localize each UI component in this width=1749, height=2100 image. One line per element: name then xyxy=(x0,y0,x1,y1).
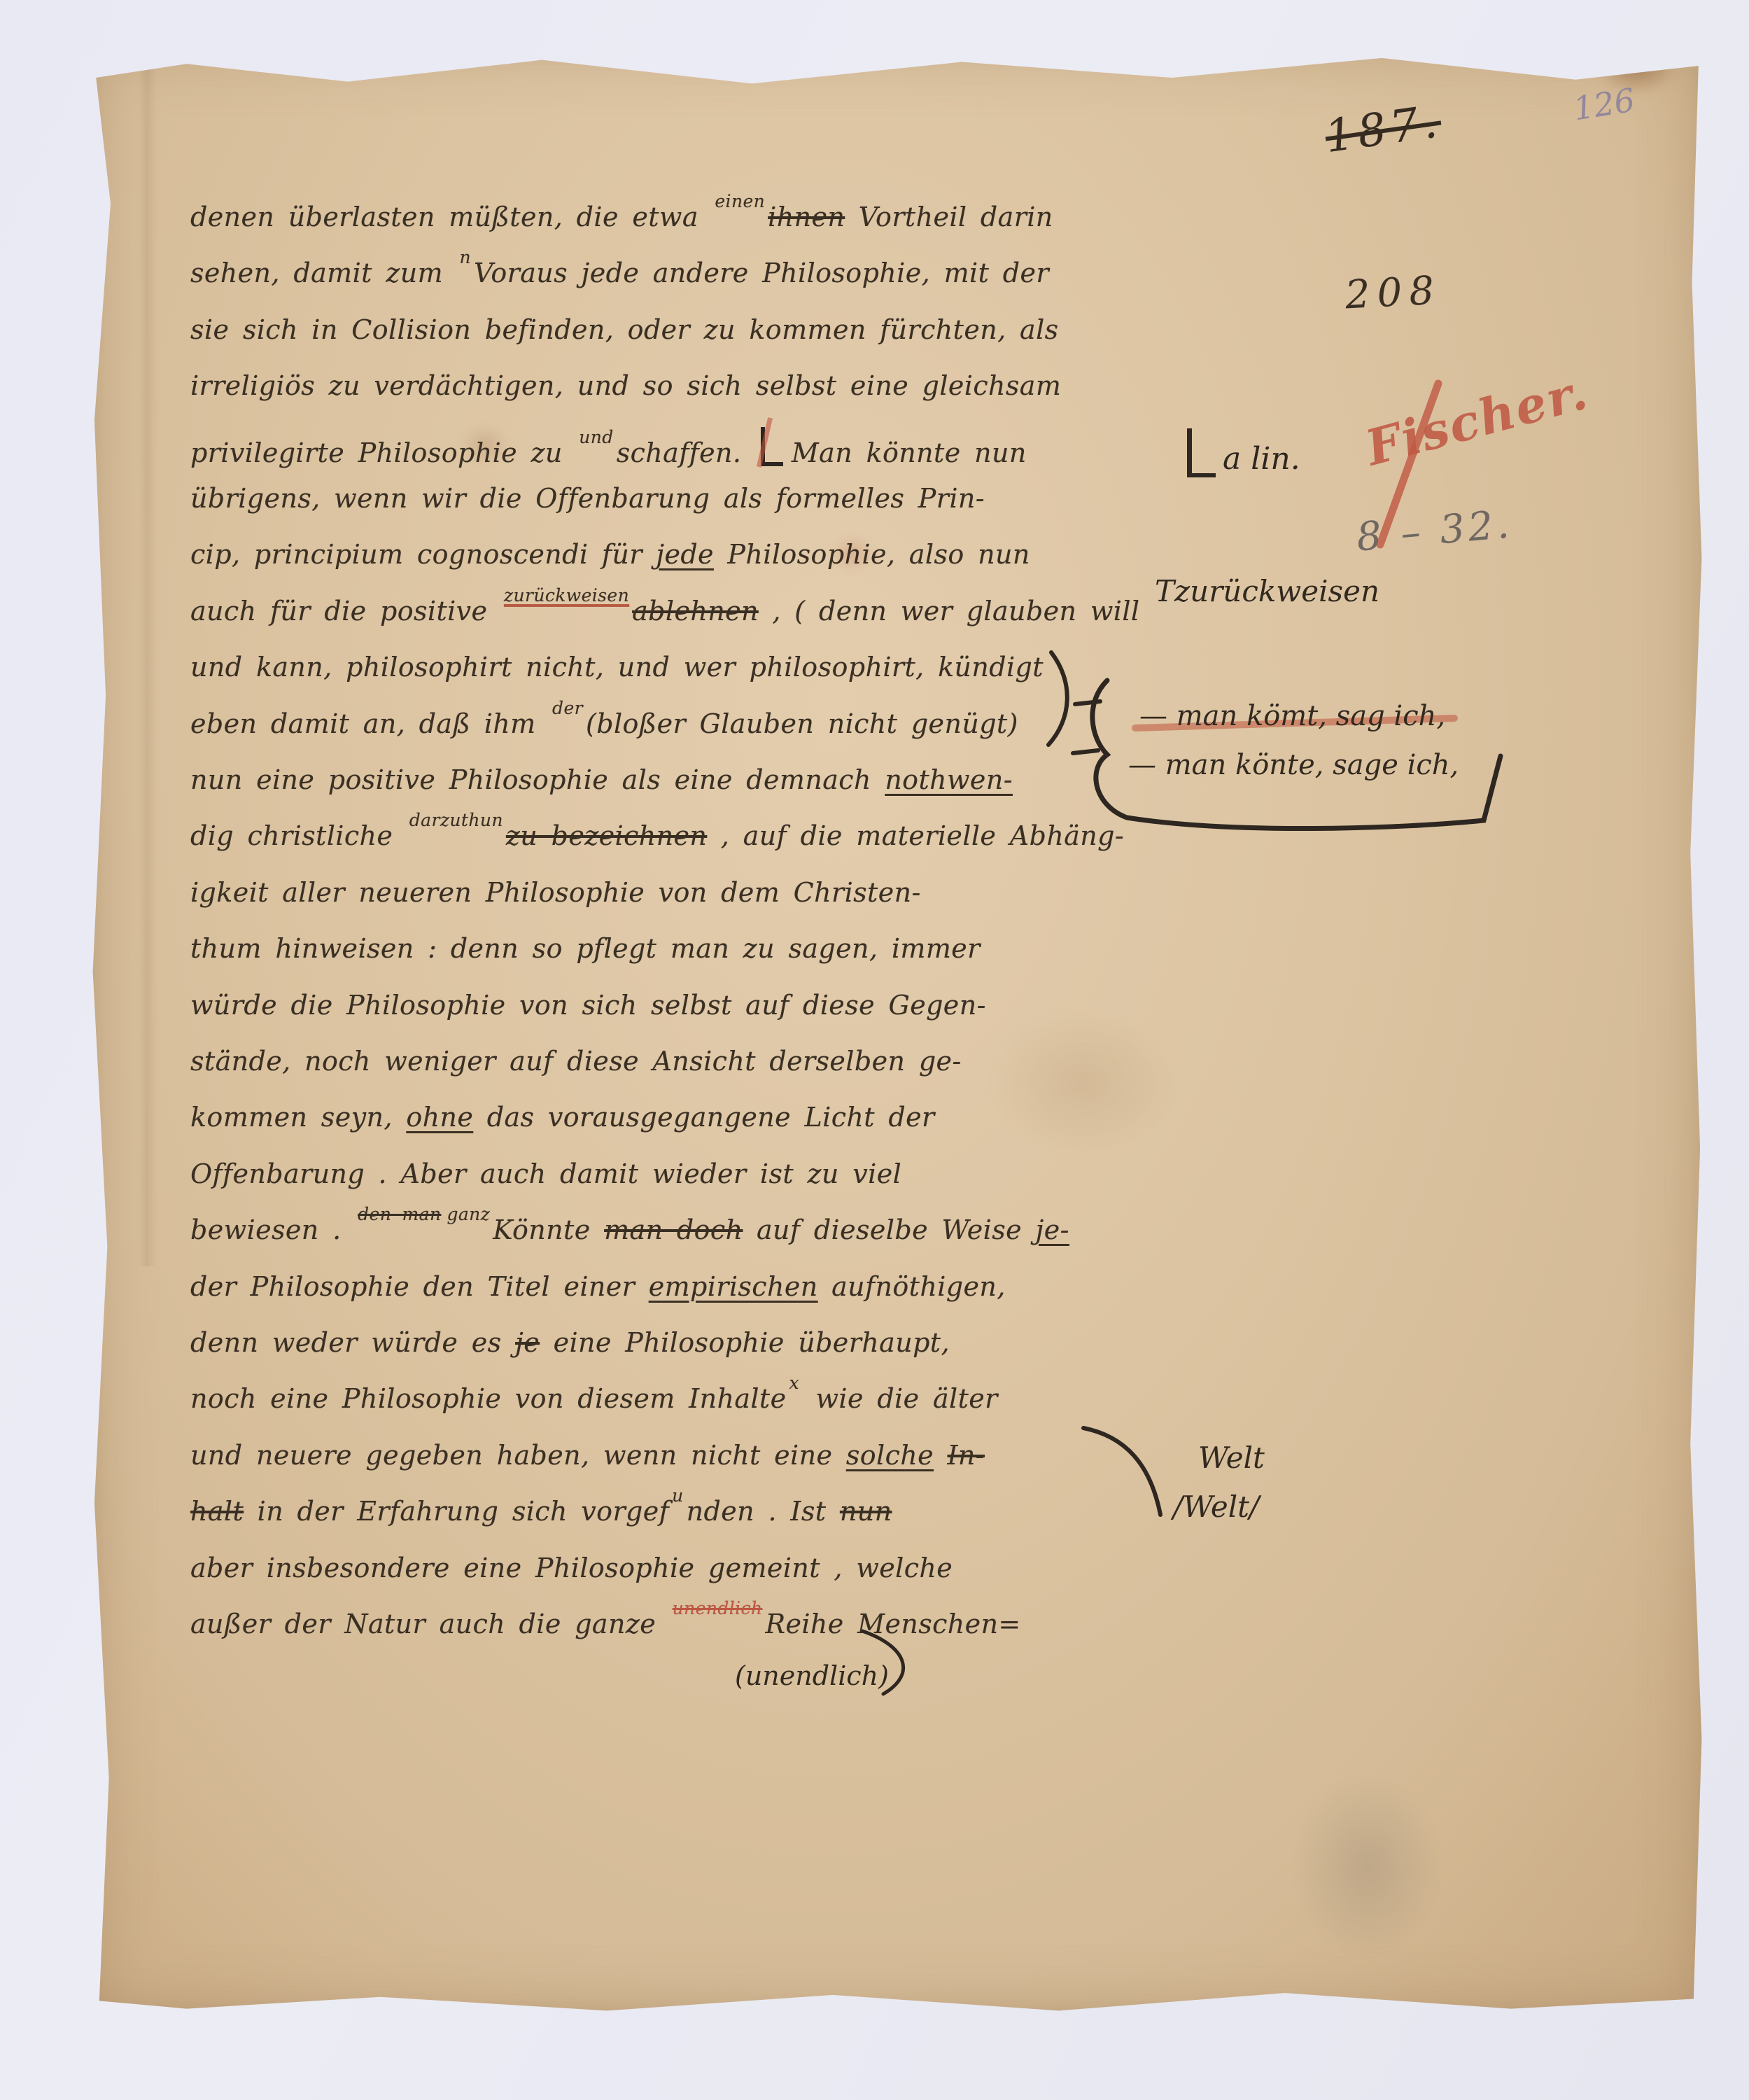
manuscript-line: cip, principium cognoscendi für jede Phi… xyxy=(190,539,1030,570)
manuscript-line: Offenbarung . Aber auch damit wieder ist… xyxy=(190,1158,901,1189)
text-segment: je- xyxy=(1036,1214,1069,1245)
manuscript-line: thum hinweisen : denn so pflegt man zu s… xyxy=(190,933,981,964)
manuscript-line: irreligiös zu verdächtigen, und so sich … xyxy=(190,370,1061,401)
text-segment: kommen seyn, xyxy=(190,1102,406,1133)
manuscript-line: noch eine Philosophie von diesem Inhalte… xyxy=(190,1383,998,1414)
text-segment: solche xyxy=(846,1440,934,1471)
manuscript-line: nun eine positive Philosophie als eine d… xyxy=(190,764,1013,795)
text-segment: ganz xyxy=(447,1204,490,1224)
text-segment: noch eine Philosophie von diesem Inhalte xyxy=(190,1383,787,1414)
text-segment: zu bezeichnen xyxy=(506,820,707,851)
manuscript-text: denen überlasten müßten, die etwa eineni… xyxy=(0,0,1749,2100)
text-segment: in der Erfahrung sich vorgef xyxy=(244,1496,669,1527)
text-segment: n xyxy=(460,247,472,267)
scanned-manuscript: { "head": { "old_page_number": "187.", "… xyxy=(0,0,1749,2100)
manuscript-line: denn weder würde es je eine Philosophie … xyxy=(190,1327,950,1358)
text-segment: auf dieselbe Weise xyxy=(743,1214,1035,1245)
text-segment: Offenbarung . Aber auch damit wieder ist… xyxy=(190,1158,901,1189)
text-segment: , ( denn wer glauben will xyxy=(759,596,1140,626)
text-segment: sehen, damit zum xyxy=(190,258,457,288)
text-segment: würde die Philosophie von sich selbst au… xyxy=(190,990,986,1021)
text-segment: bewiesen . xyxy=(190,1214,355,1245)
text-segment: igkeit aller neueren Philosophie von dem… xyxy=(190,877,921,908)
text-segment: dig christliche xyxy=(190,820,407,851)
text-segment: der Philosophie den Titel einer xyxy=(190,1271,649,1302)
manuscript-line: eben damit an, daß ihm der(bloßer Glaube… xyxy=(190,708,1018,739)
text-segment: stände, noch weniger auf diese Ansicht d… xyxy=(190,1046,962,1077)
text-segment: und kann, philosophirt nicht, und wer ph… xyxy=(190,652,1044,682)
text-segment: zurückweisen xyxy=(504,585,629,605)
text-segment: das vorausgegangene Licht der xyxy=(473,1102,934,1133)
text-segment: Philosophie, also nun xyxy=(714,539,1030,570)
text-segment: u xyxy=(672,1485,684,1506)
manuscript-line: dig christliche darzuthunzu bezeichnen ,… xyxy=(190,820,1124,851)
text-segment: irreligiös zu verdächtigen, und so sich … xyxy=(190,370,1061,401)
text-segment: eben damit an, daß ihm xyxy=(190,708,549,739)
manuscript-line: außer der Natur auch die ganze unendlich… xyxy=(190,1609,1021,1639)
manuscript-line: bewiesen . den manganzKönnte man doch au… xyxy=(190,1214,1069,1245)
manuscript-line: halt in der Erfahrung sich vorgefunden .… xyxy=(190,1496,892,1527)
text-segment: x xyxy=(789,1373,800,1393)
text-segment: denen überlasten müßten, die etwa xyxy=(190,202,712,232)
text-segment: unendlich xyxy=(673,1598,763,1618)
text-segment: sie sich in Collision befinden, oder zu … xyxy=(190,314,1059,345)
text-segment: Vortheil darin xyxy=(845,202,1053,232)
text-segment: schaffen. xyxy=(617,437,755,468)
text-segment: und xyxy=(579,427,613,447)
text-segment: eine Philosophie überhaupt, xyxy=(540,1327,950,1358)
text-segment: Man könnte nun xyxy=(792,437,1027,468)
manuscript-line: denen überlasten müßten, die etwa eineni… xyxy=(190,202,1053,232)
text-segment: je xyxy=(515,1327,540,1358)
text-segment: ihnen xyxy=(768,202,845,232)
text-segment: außer der Natur auch die ganze xyxy=(190,1609,670,1639)
manuscript-line: privilegirte Philosophie zu undschaffen.… xyxy=(190,427,1027,468)
text-segment: nun eine positive Philosophie als eine d… xyxy=(190,764,885,795)
manuscript-line: sie sich in Collision befinden, oder zu … xyxy=(190,314,1059,345)
text-segment: den man xyxy=(358,1204,441,1224)
text-segment xyxy=(934,1440,947,1471)
manuscript-line: übrigens, wenn wir die Offenbarung als f… xyxy=(190,483,985,514)
text-segment: cip, principium cognoscendi für xyxy=(190,539,656,570)
manuscript-line: aber insbesondere eine Philosophie gemei… xyxy=(190,1553,953,1583)
text-segment: aufnöthigen, xyxy=(818,1271,1006,1302)
text-segment: übrigens, wenn wir die Offenbarung als f… xyxy=(190,483,985,514)
text-segment: der xyxy=(552,698,583,718)
manuscript-line: und kann, philosophirt nicht, und wer ph… xyxy=(190,652,1044,682)
manuscript-line: kommen seyn, ohne das vorausgegangene Li… xyxy=(190,1102,935,1133)
text-segment: man doch xyxy=(604,1214,743,1245)
manuscript-line: sehen, damit zum nVoraus jede andere Phi… xyxy=(190,258,1049,288)
manuscript-line: der Philosophie den Titel einer empirisc… xyxy=(190,1271,1006,1302)
text-segment: Voraus jede andere Philosophie, mit der xyxy=(474,258,1049,288)
text-segment: einen xyxy=(715,191,765,211)
text-segment: wie die älter xyxy=(802,1383,998,1414)
manuscript-line: auch für die positive zurückweisenablehn… xyxy=(190,596,1139,626)
text-segment: aber insbesondere eine Philosophie gemei… xyxy=(190,1553,953,1583)
text-segment: privilegirte Philosophie zu xyxy=(190,437,576,468)
text-segment: empirischen xyxy=(649,1271,818,1302)
manuscript-line: stände, noch weniger auf diese Ansicht d… xyxy=(190,1046,962,1077)
manuscript-line: igkeit aller neueren Philosophie von dem… xyxy=(190,877,921,908)
text-segment: Reihe Menschen= xyxy=(765,1609,1020,1639)
text-segment: ohne xyxy=(406,1102,473,1133)
text-segment: nden . Ist xyxy=(687,1496,840,1527)
text-segment: (bloßer Glauben nicht genügt) xyxy=(586,708,1018,739)
text-segment: darzuthun xyxy=(409,810,503,830)
insertion-mark-icon xyxy=(761,427,783,466)
text-segment: halt xyxy=(190,1496,244,1527)
text-segment: denn weder würde es xyxy=(190,1327,515,1358)
text-segment: auch für die positive xyxy=(190,596,501,626)
text-segment: Könnte xyxy=(493,1214,604,1245)
manuscript-line: und neuere gegeben haben, wenn nicht ein… xyxy=(190,1440,985,1471)
text-segment: nun xyxy=(840,1496,892,1527)
text-segment: nothwen- xyxy=(885,764,1013,795)
text-segment: jede xyxy=(656,539,714,570)
text-segment: thum hinweisen : denn so pflegt man zu s… xyxy=(190,933,981,964)
text-segment: ablehnen xyxy=(632,596,759,626)
text-segment: , auf die materielle Abhäng- xyxy=(707,820,1124,851)
text-segment: und neuere gegeben haben, wenn nicht ein… xyxy=(190,1440,846,1471)
text-segment: In- xyxy=(948,1440,985,1471)
manuscript-line: würde die Philosophie von sich selbst au… xyxy=(190,990,986,1021)
